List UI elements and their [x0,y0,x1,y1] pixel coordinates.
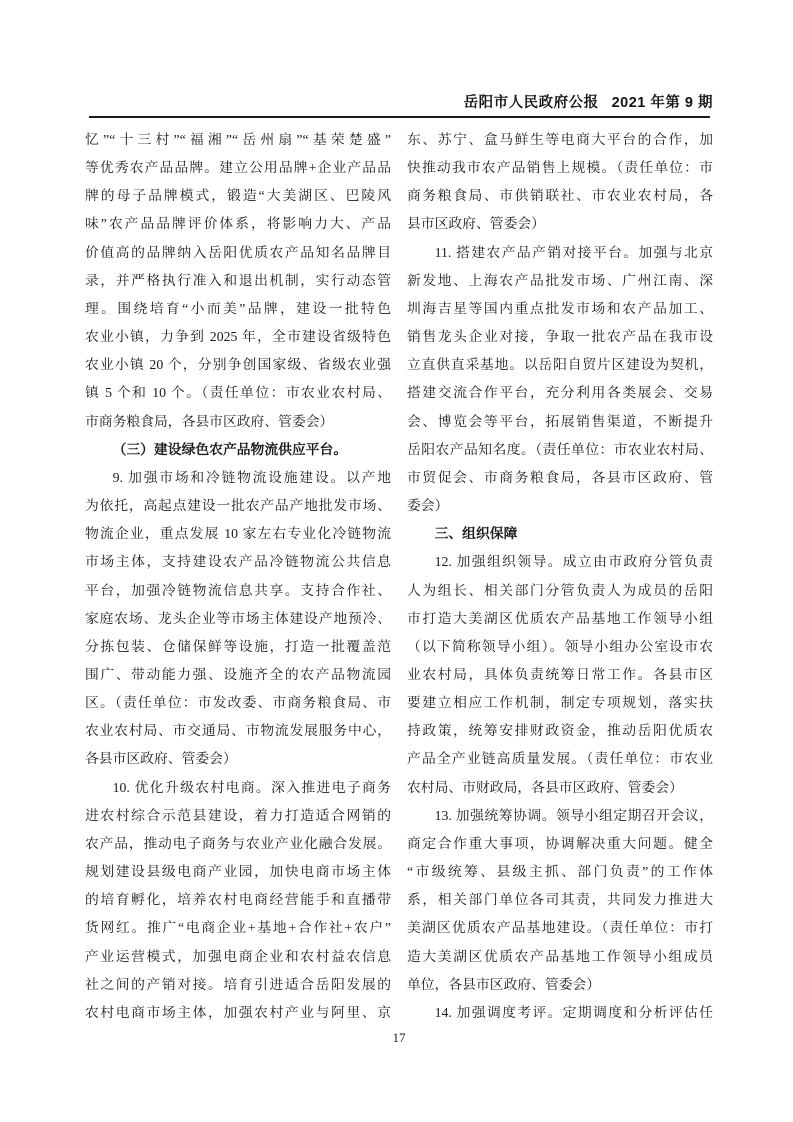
text-line: 分拣包装、仓储保鲜等设施，打造一批覆盖范 [85,633,391,661]
text-line: 9. 加强市场和冷链物流设施建设。以产地 [85,464,391,492]
section-heading: 三、组织保障 [407,520,713,548]
text-line: 价值高的品牌纳入岳阳优质农产品知名品牌目 [85,239,391,267]
text-line: 持政策，统筹安排财政资金，推动岳阳优质农 [407,717,713,745]
text-line: 农业小镇，力争到 2025 年，全市建设省级特色 [85,323,391,351]
text-line: 产品全产业链高质量发展。（责任单位：市农业 [407,745,713,773]
text-line: 货网红。推广“电商企业+基地+合作社+农户” [85,914,391,942]
text-line: 录，并严格执行准入和退出机制，实行动态管 [85,267,391,295]
text-line: 要建立相应工作机制，制定专项规划，落实扶 [407,689,713,717]
text-line: 造大美湖区优质农产品基地工作领导小组成员 [407,943,713,971]
text-line: 平台，加强冷链物流信息共享。支持合作社、 [85,577,391,605]
text-line: （以下简称领导小组）。领导小组办公室设市农 [407,633,713,661]
text-line: 商定合作重大事项，协调解决重大问题。健全 [407,830,713,858]
text-line: 12. 加强组织领导。成立由市政府分管负责 [407,548,713,576]
text-line: 味”农产品品牌评价体系，将影响力大、产品 [85,210,391,238]
text-line: 系，相关部门单位各司其责，共同发力推进大 [407,886,713,914]
text-line: 各县市区政府、管委会） [85,745,391,773]
text-line: 搭建交流合作平台，充分利用各类展会、交易 [407,379,713,407]
body-text: 忆”“十三村”“福湘”“岳州扇”“基荣楚盛”等优秀农产品品牌。建立公用品牌+企业… [85,126,713,1027]
text-line: 圳海吉星等国内重点批发市场和农产品加工、 [407,295,713,323]
text-line: 14. 加强调度考评。定期调度和分析评估任 [407,999,713,1027]
text-line: 牌的母子品牌模式，锻造“大美湖区、巴陵风 [85,182,391,210]
section-heading: （三）建设绿色农产品物流供应平台。 [85,436,391,464]
text-line: 委会） [407,492,713,520]
text-line: 理。围绕培育“小而美”品牌，建设一批特色 [85,295,391,323]
page-number: 17 [85,1030,713,1046]
text-line: 家庭农场、龙头企业等市场主体建设产地预冷、 [85,605,391,633]
text-line: 10. 优化升级农村电商。深入推进电子商务 [85,774,391,802]
text-line: 13. 加强统筹协调。领导小组定期召开会议， [407,802,713,830]
text-line: 市打造大美湖区优质农产品基地工作领导小组 [407,605,713,633]
text-line: 农业农村局、市交通局、市物流发展服务中心， [85,717,391,745]
text-line: 等优秀农产品品牌。建立公用品牌+企业产品品 [85,154,391,182]
text-line: 东、苏宁、盒马鲜生等电商大平台的合作，加 [407,126,713,154]
text-line: 农村电商市场主体，加强农村产业与阿里、京 [85,999,391,1027]
text-line: 人为组长、相关部门分管负责人为成员的岳阳 [407,577,713,605]
text-line: 快推动我市农产品销售上规模。（责任单位：市 [407,154,713,182]
text-line: 农村局、市财政局，各县市区政府、管委会） [407,774,713,802]
text-line: 社之间的产销对接。培育引进适合岳阳发展的 [85,971,391,999]
text-line: 镇 5 个和 10 个。（责任单位：市农业农村局、 [85,379,391,407]
text-line: 农产品，推动电子商务与农业产业化融合发展。 [85,830,391,858]
text-line: 规划建设县级电商产业园，加快电商市场主体 [85,858,391,886]
issue-label: 2021 年第 9 期 [612,95,713,111]
text-line: 产业运营模式，加强电商企业和农村益农信息 [85,943,391,971]
text-line: 会、博览会等平台，拓展销售渠道，不断提升 [407,408,713,436]
text-line: “市级统筹、县级主抓、部门负责”的工作体 [407,858,713,886]
text-line: 市贸促会、市商务粮食局，各县市区政府、管 [407,464,713,492]
text-line: 区。（责任单位：市发改委、市商务粮食局、市 [85,689,391,717]
left-column: 忆”“十三村”“福湘”“岳州扇”“基荣楚盛”等优秀农产品品牌。建立公用品牌+企业… [85,126,391,1027]
text-line: 单位，各县市区政府、管委会） [407,971,713,999]
text-line: 忆”“十三村”“福湘”“岳州扇”“基荣楚盛” [85,126,391,154]
text-line: 为依托，高起点建设一批农产品产地批发市场、 [85,492,391,520]
text-line: 岳阳农产品知名度。（责任单位：市农业农村局、 [407,436,713,464]
text-line: 物流企业，重点发展 10 家左右专业化冷链物流 [85,520,391,548]
gazette-title: 岳阳市人民政府公报 [464,95,599,111]
gazette-page: 岳阳市人民政府公报2021 年第 9 期 忆”“十三村”“福湘”“岳州扇”“基荣… [0,0,793,1122]
text-line: 销售龙头企业对接，争取一批农产品在我市设 [407,323,713,351]
text-line: 美湖区优质农产品基地建设。（责任单位：市打 [407,914,713,942]
text-line: 新发地、上海农产品批发市场、广州江南、深 [407,267,713,295]
text-line: 市商务粮食局，各县市区政府、管委会） [85,408,391,436]
text-line: 农业小镇 20 个，分别争创国家级、省级农业强 [85,351,391,379]
right-column: 东、苏宁、盒马鲜生等电商大平台的合作，加快推动我市农产品销售上规模。（责任单位：… [407,126,713,1027]
page-header: 岳阳市人民政府公报2021 年第 9 期 [85,91,713,112]
header-rule [89,116,710,118]
text-line: 围广、带动能力强、设施齐全的农产品物流园 [85,661,391,689]
text-line: 商务粮食局、市供销联社、市农业农村局，各 [407,182,713,210]
text-line: 业农村局，具体负责统筹日常工作。各县市区 [407,661,713,689]
text-line: 11. 搭建农产品产销对接平台。加强与北京 [407,239,713,267]
text-line: 的培育孵化，培养农村电商经营能手和直播带 [85,886,391,914]
text-line: 立直供直采基地。以岳阳自贸片区建设为契机， [407,351,713,379]
text-line: 市场主体，支持建设农产品冷链物流公共信息 [85,548,391,576]
text-line: 进农村综合示范县建设，着力打造适合网销的 [85,802,391,830]
text-line: 县市区政府、管委会） [407,210,713,238]
